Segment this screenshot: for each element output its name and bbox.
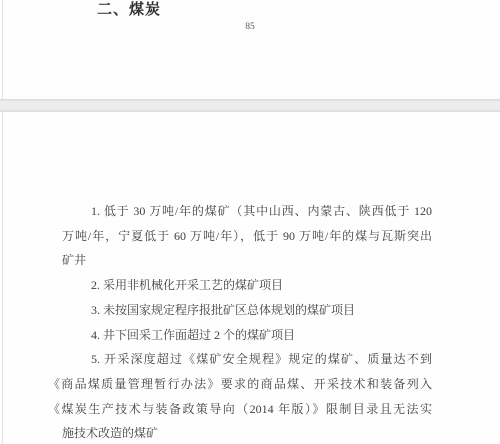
pdf-page-current: 1. 低于 30 万吨/年的煤矿（其中山西、内蒙古、陕西低于 120 万吨/年，… <box>0 112 500 444</box>
text-line: 矿井 <box>62 248 432 273</box>
text-line: 《商品煤质量管理暂行办法》要求的商品煤、开采技术和装备列入 <box>48 372 432 397</box>
document-body: 1. 低于 30 万吨/年的煤矿（其中山西、内蒙古、陕西低于 120 万吨/年，… <box>62 199 432 444</box>
text-line: 《煤炭生产技术与装备政策导向（2014 年版）》限制目录且无法实 <box>48 397 432 422</box>
text-line: 5. 开采深度超过《煤矿安全规程》规定的煤矿、质量达不到 <box>62 347 432 372</box>
text-line: 万吨/年，宁夏低于 60 万吨/年），低于 90 万吨/年的煤与瓦斯突出 <box>62 224 432 249</box>
text-line: 1. 低于 30 万吨/年的煤矿（其中山西、内蒙古、陕西低于 120 <box>62 199 432 224</box>
text-line: 2. 采用非机械化开采工艺的煤矿项目 <box>62 273 432 298</box>
document-viewer[interactable]: 二、煤炭 85 1. 低于 30 万吨/年的煤矿（其中山西、内蒙古、陕西低于 1… <box>0 0 500 444</box>
pdf-page-previous: 二、煤炭 85 <box>0 0 500 99</box>
section-heading: 二、煤炭 <box>97 1 161 19</box>
text-line: 4. 井下回采工作面超过 2 个的煤矿项目 <box>62 323 432 348</box>
page-separator <box>0 99 500 112</box>
page-number: 85 <box>0 22 500 32</box>
text-line: 施技术改造的煤矿 <box>62 421 432 444</box>
text-line: 3. 未按国家规定程序报批矿区总体规划的煤矿项目 <box>62 298 432 323</box>
